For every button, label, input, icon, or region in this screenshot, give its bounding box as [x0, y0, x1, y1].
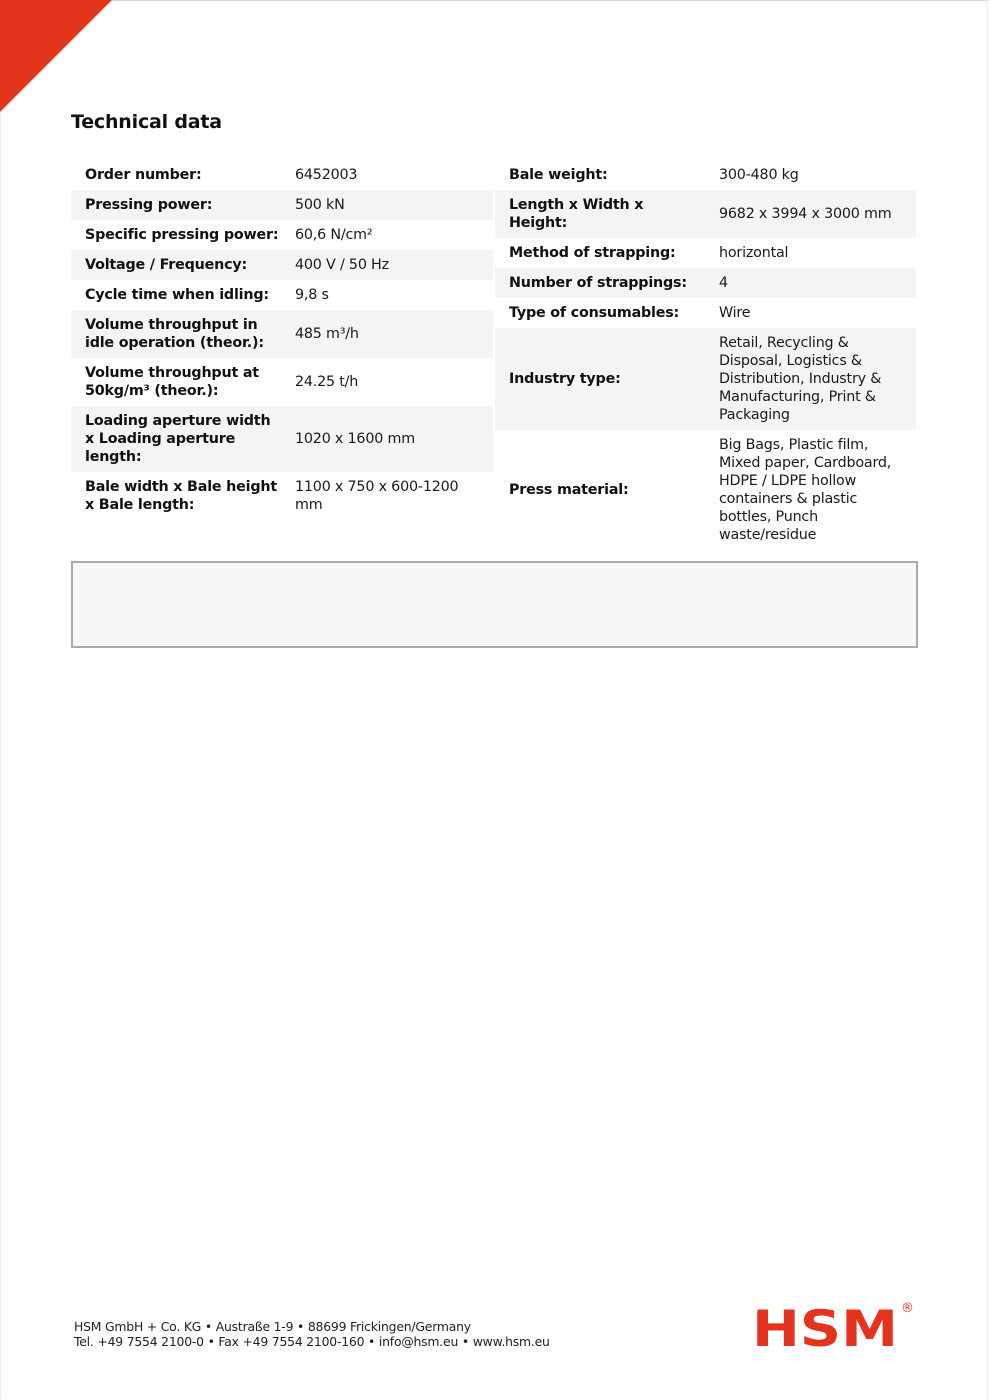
table-row: Volume throughput in idle operation (the…: [71, 310, 493, 358]
section-title: Technical data: [71, 111, 222, 133]
row-value: 1100 x 750 x 600-1200 mm: [282, 478, 493, 514]
row-value: 400 V / 50 Hz: [282, 256, 493, 274]
row-label: Length x Width x Height:: [495, 196, 706, 232]
table-row: Length x Width x Height: 9682 x 3994 x 3…: [495, 190, 916, 238]
table-row: Bale weight: 300-480 kg: [495, 160, 916, 190]
row-label: Industry type:: [495, 370, 706, 388]
row-label: Volume throughput in idle operation (the…: [71, 316, 282, 352]
row-label: Bale weight:: [495, 166, 706, 184]
table-row: Voltage / Frequency: 400 V / 50 Hz: [71, 250, 493, 280]
table-row: Cycle time when idling: 9,8 s: [71, 280, 493, 310]
technical-data-table-right: Bale weight: 300-480 kg Length x Width x…: [495, 160, 916, 550]
table-row: Press material: Big Bags, Plastic film, …: [495, 430, 916, 550]
row-value: horizontal: [706, 244, 916, 262]
table-row: Volume throughput at 50kg/m³ (theor.): 2…: [71, 358, 493, 406]
row-label: Pressing power:: [71, 196, 282, 214]
row-label: Method of strapping:: [495, 244, 706, 262]
row-value: 4: [706, 274, 916, 292]
row-value: 9,8 s: [282, 286, 493, 304]
brand-corner-triangle: [0, 0, 112, 112]
footer-line-company: HSM GmbH + Co. KG • Austraße 1-9 • 88699…: [74, 1319, 550, 1334]
table-row: Bale width x Bale height x Bale length: …: [71, 472, 493, 520]
row-label: Number of strappings:: [495, 274, 706, 292]
row-value: 6452003: [282, 166, 493, 184]
table-row: Method of strapping: horizontal: [495, 238, 916, 268]
row-value: Big Bags, Plastic film, Mixed paper, Car…: [706, 436, 916, 544]
row-value: 1020 x 1600 mm: [282, 430, 493, 448]
row-label: Type of consumables:: [495, 304, 706, 322]
row-label: Press material:: [495, 481, 706, 499]
svg-text:HSM: HSM: [752, 1300, 898, 1353]
row-label: Loading aperture width x Loading apertur…: [71, 412, 282, 466]
row-label: Voltage / Frequency:: [71, 256, 282, 274]
table-row: Specific pressing power: 60,6 N/cm²: [71, 220, 493, 250]
table-row: Loading aperture width x Loading apertur…: [71, 406, 493, 472]
hsm-logo: HSM ®: [752, 1298, 917, 1353]
empty-note-box: [71, 561, 918, 648]
table-row: Order number: 6452003: [71, 160, 493, 190]
table-row: Number of strappings: 4: [495, 268, 916, 298]
footer-address: HSM GmbH + Co. KG • Austraße 1-9 • 88699…: [74, 1319, 550, 1349]
row-value: 9682 x 3994 x 3000 mm: [706, 205, 916, 223]
row-value: Wire: [706, 304, 916, 322]
row-label: Volume throughput at 50kg/m³ (theor.):: [71, 364, 282, 400]
technical-data-table-left: Order number: 6452003 Pressing power: 50…: [71, 160, 493, 520]
row-value: 500 kN: [282, 196, 493, 214]
row-value: 24.25 t/h: [282, 373, 493, 391]
table-row: Pressing power: 500 kN: [71, 190, 493, 220]
row-label: Specific pressing power:: [71, 226, 282, 244]
row-value: Retail, Recycling & Disposal, Logistics …: [706, 334, 916, 424]
row-label: Order number:: [71, 166, 282, 184]
footer-line-contact: Tel. +49 7554 2100-0 • Fax +49 7554 2100…: [74, 1334, 550, 1349]
row-value: 485 m³/h: [282, 325, 493, 343]
table-row: Type of consumables: Wire: [495, 298, 916, 328]
row-value: 60,6 N/cm²: [282, 226, 493, 244]
row-label: Cycle time when idling:: [71, 286, 282, 304]
svg-text:®: ®: [901, 1301, 914, 1316]
row-value: 300-480 kg: [706, 166, 916, 184]
row-label: Bale width x Bale height x Bale length:: [71, 478, 282, 514]
table-row: Industry type: Retail, Recycling & Dispo…: [495, 328, 916, 430]
